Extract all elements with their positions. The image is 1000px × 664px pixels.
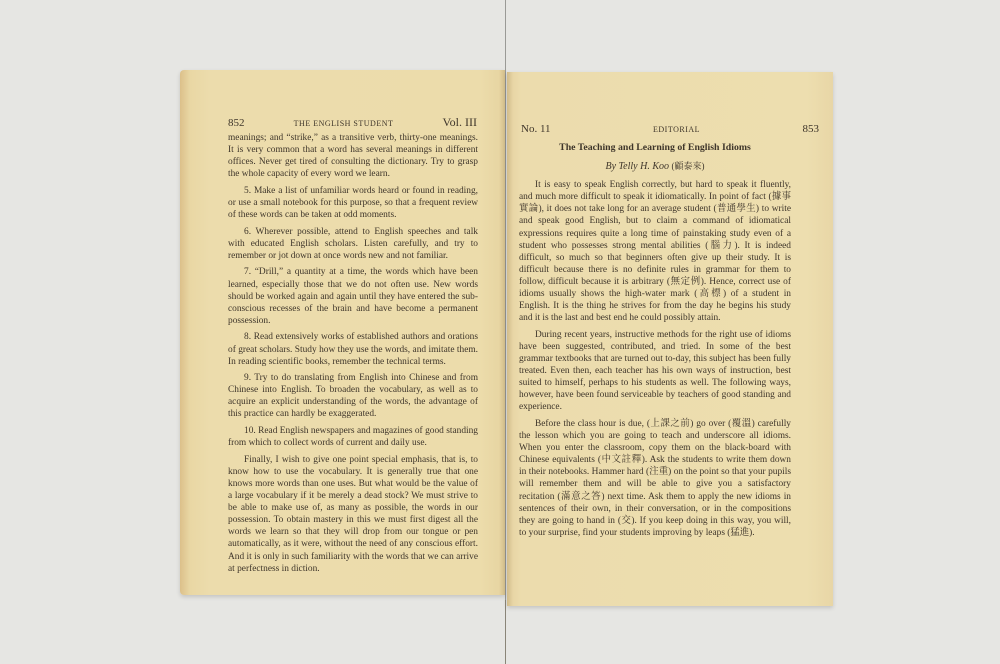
author-name: By Telly H. Koo <box>605 161 669 172</box>
running-title: EDITORIAL <box>653 125 700 134</box>
paragraph: 9. Try to do translating from English in… <box>228 372 478 420</box>
paragraph: Finally, I wish to give one point specia… <box>228 454 478 575</box>
paragraph: 6. Wherever possible, attend to English … <box>228 226 478 262</box>
page-number: 853 <box>803 123 820 135</box>
paragraph: meanings; and “strike,” as a transitive … <box>228 132 478 180</box>
paragraph: 10. Read English newspapers and magazine… <box>228 425 478 449</box>
gutter-shadow <box>499 70 505 595</box>
paragraph: Before the class hour is due, (上課之前) go … <box>519 418 791 539</box>
running-header: No. 11 EDITORIAL 853 <box>507 123 833 135</box>
page-number: 852 <box>228 117 245 129</box>
issue-number: No. 11 <box>521 123 551 135</box>
right-page-body: The Teaching and Learning of English Idi… <box>519 142 791 543</box>
gutter-shadow <box>507 72 513 606</box>
paragraph: 7. “Drill,” a quantity at a time, the wo… <box>228 266 478 326</box>
book-spine-shadow-bottom <box>505 600 506 664</box>
paragraph: 8. Read extensively works of established… <box>228 331 478 367</box>
volume-label: Vol. III <box>443 115 477 130</box>
author-chinese-name: (顧泰來) <box>672 161 705 171</box>
article-byline: By Telly H. Koo (顧泰來) <box>519 160 791 173</box>
paragraph: 5. Make a list of unfamiliar words heard… <box>228 185 478 221</box>
running-title: THE ENGLISH STUDENT <box>294 119 394 128</box>
running-header: 852 THE ENGLISH STUDENT Vol. III <box>180 115 505 130</box>
book-spine-shadow <box>505 0 506 664</box>
left-page: 852 THE ENGLISH STUDENT Vol. III meaning… <box>180 70 505 595</box>
article-title: The Teaching and Learning of English Idi… <box>519 142 791 154</box>
paragraph: It is easy to speak English correctly, b… <box>519 179 791 324</box>
right-page: No. 11 EDITORIAL 853 The Teaching and Le… <box>507 72 833 606</box>
paragraph: During recent years, instructive methods… <box>519 329 791 414</box>
left-page-body: meanings; and “strike,” as a transitive … <box>228 132 478 579</box>
